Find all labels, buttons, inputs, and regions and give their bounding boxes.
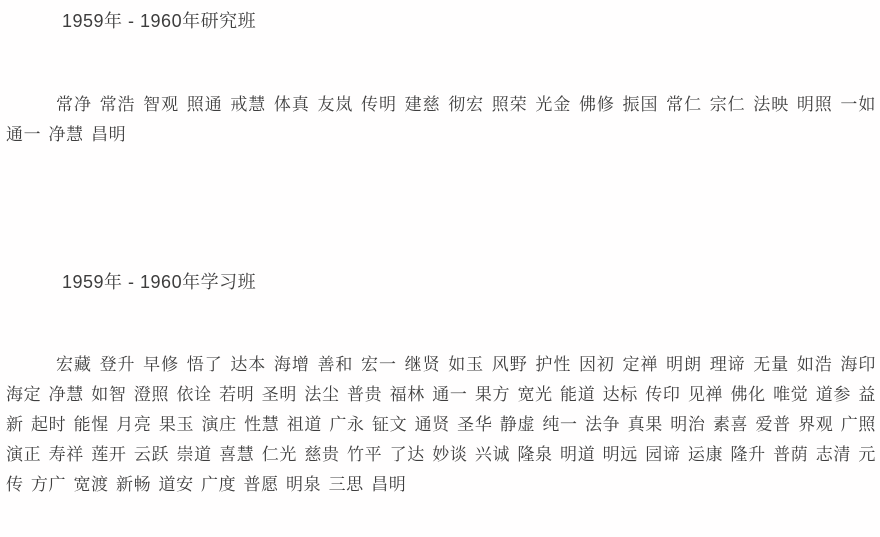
section-heading-study-class: 1959年 - 1960年学习班	[62, 271, 876, 293]
section-heading-research-class: 1959年 - 1960年研究班	[62, 10, 876, 32]
document-page: 1959年 - 1960年研究班 常净 常浩 智观 照通 戒慧 体真 友岚 传明…	[0, 0, 880, 537]
research-class-names-paragraph: 常净 常浩 智观 照通 戒慧 体真 友岚 传明 建慈 彻宏 照荣 光金 佛修 振…	[6, 90, 876, 150]
study-class-names-paragraph: 宏藏 登升 早修 悟了 达本 海增 善和 宏一 继贤 如玉 风野 护性 因初 定…	[6, 350, 876, 500]
